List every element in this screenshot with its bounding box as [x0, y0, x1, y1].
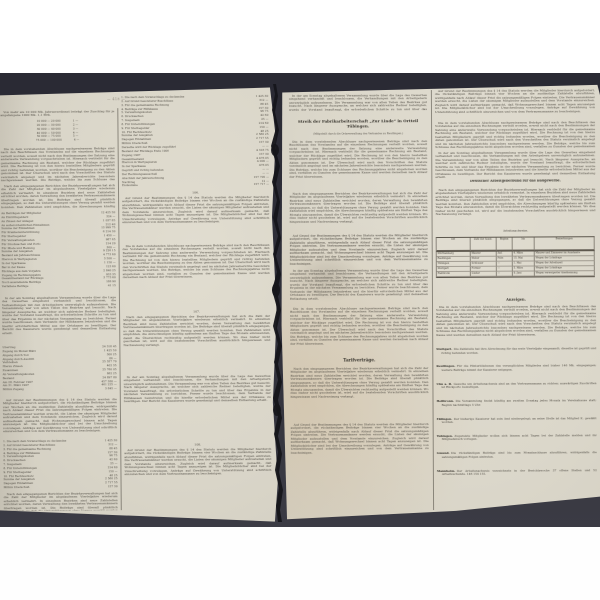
- body-text-block: Nach den eingegangenen Berichten der Bez…: [435, 188, 595, 228]
- employer-association-heading: Deutscher Arbeitgeberbund für das Baugew…: [435, 179, 595, 187]
- right-column-2: Auf Grund der Bestimmungen des § 14 des …: [435, 80, 597, 526]
- tear-shape: [266, 80, 284, 526]
- notice-item: Mannheim.Der Arbeitsnachweis verzeichnet…: [437, 469, 597, 485]
- strike-table-label: Arbeitsnachweise.: [436, 229, 596, 235]
- white-border-bottom: [0, 527, 600, 600]
- notice-item: Heilbronn.Die Versammlung findet künftig…: [437, 399, 597, 415]
- body-text-block: Auf Grund der Bestimmungen des § 14 des …: [124, 448, 272, 510]
- table-header-cell: Bemerkungen: [535, 237, 595, 251]
- body-text-block: Nach den eingegangenen Berichten der Bez…: [4, 492, 118, 511]
- tariff-section-heading: Tarifverträge.: [290, 357, 428, 365]
- body-text-block: Nach den eingegangenen Berichten der Bez…: [1, 184, 115, 209]
- strike-table: Ort Zahl der Ausst. Beginn bis Bemerkung…: [436, 236, 595, 252]
- notice-item: Reutlingen.Für die Hinterbliebenen des v…: [436, 365, 596, 381]
- strike-article-subnote: (Mitgeteilt durch die Ortsverwaltung des…: [289, 132, 427, 138]
- body-text-block: Nach den eingegangenen Berichten der Bez…: [123, 315, 271, 374]
- body-text-block: In der am Sonntag abgehaltenen Versammlu…: [2, 296, 116, 343]
- white-border-top: [0, 0, 600, 73]
- ledger-block: Übertrag24 318 45Zugang im Monat März1 4…: [2, 345, 116, 396]
- ledger-block: 1. Die nach dem Voranschlage zu deckende…: [121, 95, 269, 188]
- body-text-block: Auf Grund der Bestimmungen des § 14 des …: [435, 89, 595, 120]
- notice-item: Stuttgart.Die Zahlstelle hat ihre Abrech…: [436, 347, 596, 363]
- notice-item: Tübingen.Zugereiste Mitglieder wollen si…: [437, 434, 597, 450]
- ledger-row: Verfallene Beträge41 15: [2, 284, 116, 289]
- photo-of-antique-gazette: { "colors":{"backdrop":"#2f2f39","paper"…: [0, 0, 600, 600]
- left-page-content: — 418 — Von mehr als 10 000 Mk. Jahresve…: [0, 84, 286, 526]
- strike-table-wrap: Ort Zahl der Ausst. Beginn bis Bemerkung…: [436, 236, 596, 295]
- body-text-block: Die in dem vorstehenden Abschlusse nachg…: [435, 121, 595, 150]
- body-text-block: Die in dem vorstehenden Abschlusse nachg…: [1, 147, 115, 182]
- table-header-cell: Zahl der Ausst.: [471, 238, 497, 251]
- body-text-block: In der am Sonntag abgehaltenen Versammlu…: [435, 151, 595, 178]
- body-text-block: Nach den eingegangenen Berichten der Bez…: [290, 367, 428, 422]
- table-header-cell: bis: [513, 238, 535, 251]
- ledger-row: Endsumme157 717 —: [122, 183, 269, 188]
- table-header-cell: Beginn: [497, 238, 513, 251]
- body-text-block: In der am Sonntag abgehaltenen Versammlu…: [124, 375, 272, 440]
- body-text-block: Auf Grund der Bestimmungen des § 14 des …: [122, 196, 269, 243]
- page-seam-tear: [266, 80, 284, 526]
- strike-table-body: WürttembergMaurerAnf.4. MärzMaurer und Z…: [436, 251, 595, 278]
- left-page: — 418 — Von mehr als 10 000 Mk. Jahresve…: [0, 84, 286, 526]
- body-text-block: Von mehr als 10 000 Mk. Jahresverdienst …: [0, 110, 114, 119]
- ledger-block: 1. Die nach dem Voranschlage zu deckende…: [3, 439, 117, 490]
- notice-item: Gmünd.Die rückständigen Beiträge sind bi…: [437, 452, 597, 468]
- notice-item: Ulm a. D.Gesuche um Arbeitsnachweis sind…: [436, 382, 596, 398]
- body-text-block: Die in dem vorstehenden Abschlusse nachg…: [122, 244, 270, 307]
- right-page-content: — 419 — In der am Sonntag abgehaltenen V…: [280, 80, 600, 526]
- body-text-block: Auf Grund der Bestimmungen des § 14 des …: [3, 398, 117, 437]
- body-text-block: Auf Grund der Bestimmungen des § 14 des …: [290, 234, 428, 268]
- table-header-cell: Ort: [437, 238, 471, 251]
- body-text-block: Die in dem vorstehenden Abschlusse nachg…: [436, 305, 596, 346]
- column-divider-rule: [431, 90, 434, 510]
- scale-row: 75 000 — 100 0006 —: [1, 138, 115, 143]
- ledger-row: Derselbe wird der Rücklage zugeführt— —: [4, 489, 118, 490]
- body-text-block: Nach den eingegangenen Berichten der Bez…: [289, 192, 427, 233]
- ledger-block: An Beiträgen der Mitglieder12 425 50An E…: [1, 211, 116, 294]
- scale-table: 10 000 — 20 0001 —20 000 — 30 0002 —30 0…: [0, 119, 114, 145]
- right-column-1: In der am Sonntag abgehaltenen Versammlu…: [289, 80, 429, 526]
- body-text-block: Auf Grund der Bestimmungen des § 14 des …: [291, 423, 429, 500]
- strike-article-heading: Streik der Fabrikarbeiterschaft „Zur Lin…: [289, 118, 427, 131]
- body-text-block: In der am Sonntag abgehaltenen Versammlu…: [289, 94, 427, 112]
- left-column-1: Von mehr als 10 000 Mk. Jahresverdienst …: [0, 84, 118, 526]
- body-text-block: Die in dem vorstehenden Abschlusse nachg…: [290, 307, 428, 355]
- notices-list: Stuttgart.Die Zahlstelle hat ihre Abrech…: [436, 347, 597, 490]
- right-page: — 419 — In der am Sonntag abgehaltenen V…: [280, 80, 600, 526]
- ledger-row: Mithin Zugang3 845 —: [3, 387, 117, 392]
- body-text-block: In der am Sonntag abgehaltenen Versammlu…: [290, 269, 428, 306]
- body-text-block: Die in dem vorstehenden Abschlusse nachg…: [289, 140, 427, 191]
- notice-item: Eßlingen.Der bisherige Kassierer hat sei…: [437, 417, 597, 433]
- notices-heading: Anzeigen.: [436, 297, 596, 304]
- left-column-2: 1. Die nach dem Voranschlage zu deckende…: [121, 84, 272, 526]
